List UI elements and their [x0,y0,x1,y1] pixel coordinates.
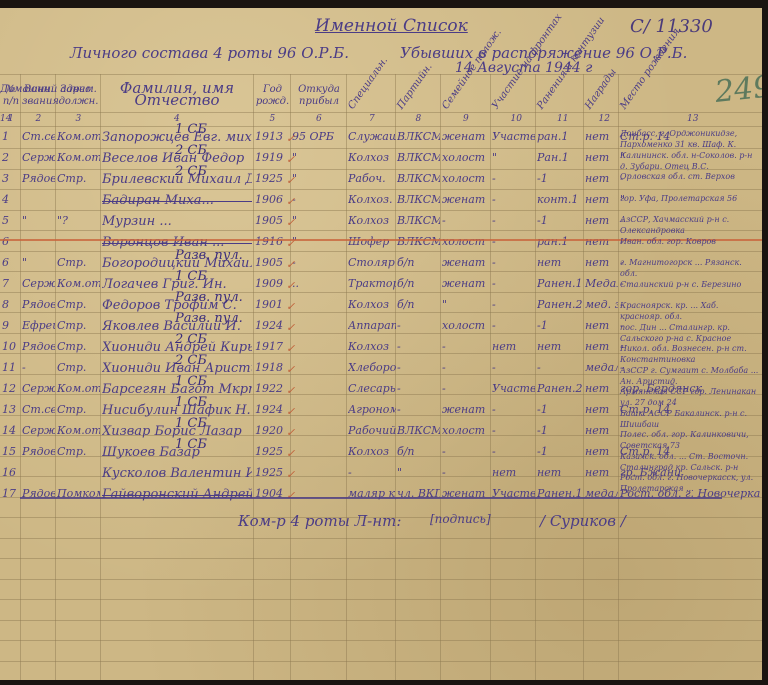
cell-post: Ком.отд. [57,130,100,143]
check-mark-icon: ✓ [286,447,295,460]
cell-awards: нет [585,403,618,416]
column-number: 10 [511,114,522,124]
unit-subtitle: Личного состава 4 роты 96 О.Р.Б. [70,44,349,62]
cell-year: 1925 [255,172,290,185]
cell-post: "? [57,214,100,227]
unit-annotation: 2 СБ [175,164,207,179]
sheet-number: 249 [713,69,762,110]
cell-rank: Серж. [22,382,55,395]
cell-party: б/п [397,277,440,290]
cell-post: Стр. [57,298,100,311]
check-mark-icon: ✓ [286,195,295,208]
cell-from: - [292,193,346,206]
cell-front: - [492,319,535,332]
check-mark-icon: ✓ [286,405,295,418]
cell-party: " [397,466,440,479]
cell-awards: нет [585,382,618,395]
cell-spec: Слесарь [348,382,396,395]
cell-family: женат [442,193,490,206]
cell-family: женат [442,403,490,416]
cell-n: 8 [2,298,20,311]
cell-spec: Колхоз [348,340,396,353]
cell-awards: нет [585,340,618,353]
cell-family: " [442,298,490,311]
cell-spec: Столяр [348,256,396,269]
cell-spec: Колхоз [348,151,396,164]
cell-wounds: Ранен.1 конт.2 [537,277,583,290]
cell-spec: Колхоз [348,214,396,227]
cell-front: - [492,445,535,458]
column-header: Фамилия, имя Отчество [102,82,252,106]
cell-awards: нет [585,445,618,458]
cell-awards: нет [585,466,618,479]
column-number: 14 [0,114,11,124]
cell-front: - [492,235,535,248]
check-mark-icon: ✓ [286,300,295,313]
cell-name: Кусколов Валентин И. [102,466,252,481]
cell-family: холост [442,424,490,437]
column-number: 6 [316,114,322,124]
column-number: 7 [369,114,375,124]
unit-annotation: 1 СБ [175,437,207,452]
cell-awards: нет [585,214,618,227]
home-address: г. Магнитогорск ... Рязанск. обл. [620,257,760,279]
cell-from: " [292,235,346,248]
column-header: Партийн. [395,62,435,112]
cell-front: нет [492,466,535,479]
cell-rank: Ст.серж. [22,403,55,416]
cell-rank: Серж. [22,277,55,290]
home-address: АзССР г. Сумгаит с. Молбаба ... Ан. Арис… [620,365,760,387]
cell-n: 11 [2,361,20,374]
cell-rank: " [22,256,55,269]
cell-wounds: -1 [537,403,583,416]
cell-post: Стр. [57,403,100,416]
signer-name: / Суриков / [540,512,626,530]
column-header: Специальн. [346,55,391,112]
cell-party: ВЛКСМ [397,235,440,248]
cell-family: женат [442,130,490,143]
cell-awards: нет [585,151,618,164]
cell-rank: Серж. [22,151,55,164]
cell-year: 1917 [255,340,290,353]
cell-family: холост [442,151,490,164]
column-number: 11 [557,114,568,124]
cell-front: - [492,256,535,269]
cell-front: - [492,193,535,206]
home-address: гор. Уфа, Пролетарская 56 [620,193,760,204]
cell-from: .. [292,277,346,290]
column-header: Место рождения [618,26,683,112]
unit-annotation: 2 СБ [175,332,207,347]
cell-family: - [442,340,490,353]
unit-annotation: 2 СБ [175,353,207,368]
cell-wounds: -1 [537,214,583,227]
home-address: Калининск. обл. н-Соколов. р-н д. Зубари… [620,150,760,172]
cell-party: - [397,319,440,332]
cell-n: 16 [2,466,20,479]
cell-from: 95 ОРБ [292,130,346,143]
cell-year: 1919 [255,151,290,164]
cell-n: 15 [2,445,20,458]
cell-post: Ком.отд. [57,382,100,395]
cell-spec: Шофер [348,235,396,248]
cell-n: 6 [2,256,20,269]
cell-awards: нет [585,424,618,437]
cell-rank: Рядов. [22,298,55,311]
cell-year: 1922 [255,382,290,395]
cell-rank: Ст.серж. [22,130,55,143]
cell-spec: Тракторист [348,277,396,290]
home-address: Рост. обл. г. Новочеркасск, ул. Пролетар… [620,472,760,494]
cell-year: 1906 [255,193,290,206]
cell-spec: - [348,466,396,479]
cell-party: ВЛКСМ [397,193,440,206]
cell-party: ВЛКСМ [397,151,440,164]
cell-awards: медаль за боевые заслуги [585,361,618,374]
cell-front: Участв. [492,130,535,143]
cell-n: 7 [2,277,20,290]
cell-party: ВЛКСМ [397,130,440,143]
cell-family: - [442,361,490,374]
cell-front: - [492,424,535,437]
column-number: 2 [36,114,42,124]
check-mark-icon: ✓ [286,321,295,334]
column-number: 3 [76,114,82,124]
cell-rank: Ефрейт. [22,319,55,332]
check-mark-icon: ✓ [286,342,295,355]
cell-post: Ком.отд. [57,151,100,164]
cell-family: холост [442,235,490,248]
cell-n: 6 [2,235,20,248]
cell-party: - [397,340,440,353]
cell-n: 2 [2,151,20,164]
cell-awards: Медаль за отвагу, орд. Красн. Звезды [585,277,618,290]
cell-front: - [492,361,535,374]
column-header: Год рожд. [255,84,290,108]
cell-wounds: нет [537,340,583,353]
cell-rank: Рядов. [22,445,55,458]
cell-post: Стр. [57,256,100,269]
home-address: Никол. обл. Вознесен. р-н ст. Константин… [620,343,760,365]
cell-year: 1901 [255,298,290,311]
cell-wounds: - [537,361,583,374]
unit-annotation: 2 СБ [175,143,207,158]
cell-spec: Агроном [348,403,396,416]
cell-n: 10 [2,340,20,353]
unit-annotation: 1 СБ [175,122,207,137]
cell-family: холост [442,172,490,185]
home-address: Красноярск. кр. ... Хаб. краснояр. обл. [620,300,760,322]
cell-year: 1925 [255,466,290,479]
cell-front: нет [492,340,535,353]
cell-n: 3 [2,172,20,185]
cell-family: - [442,445,490,458]
home-address: Сталинский р-н с. Березино [620,279,760,290]
cell-awards: нет [585,256,618,269]
cell-spec: Колхоз [348,298,396,311]
check-mark-icon: ✓ [286,279,295,292]
column-number: 9 [463,114,469,124]
cell-from: " [292,151,346,164]
cell-year: 1913 [255,130,290,143]
check-mark-icon: ✓ [286,216,295,229]
column-header: Откуда прибыл [292,84,346,108]
home-address: АзССР, Хачмасский р-н с. Олександровка [620,214,760,236]
unit-annotation: 1 СБ [175,395,207,410]
check-mark-icon: ✓ [286,258,295,271]
check-mark-icon: ✓ [286,363,295,376]
cell-family: женат [442,277,490,290]
cell-front: " [492,151,535,164]
cell-party: ВЛКСМ [397,172,440,185]
column-number: 5 [270,114,276,124]
cell-n: 1 [2,130,20,143]
archival-document-page: Именной Список Личного состава 4 роты 96… [0,8,762,680]
cell-party: - [397,403,440,416]
cell-spec: Хлебороб [348,361,396,374]
cell-year: 1925 [255,445,290,458]
column-number: 13 [687,114,698,124]
cell-party: б/п [397,445,440,458]
unit-annotation: Разв. пул. [175,290,243,305]
cell-year: 1916 [255,235,290,248]
check-mark-icon: ✓ [286,153,295,166]
cell-party: б/п [397,256,440,269]
cell-front: Участв. [492,382,535,395]
cell-spec: Служащ. [348,130,396,143]
cell-post: Стр. [57,319,100,332]
cell-from: - [292,256,346,269]
cell-awards: нет [585,172,618,185]
cell-spec: Колхоз. [348,193,396,206]
cell-n: 12 [2,382,20,395]
check-mark-icon: ✓ [286,468,295,481]
column-number: 8 [416,114,422,124]
home-address: Башк. АССР Бакалинск. р-н с. Шишбаш [620,408,760,430]
cell-year: 1920 [255,424,290,437]
cell-from: " [292,172,346,185]
cell-year: 1924 [255,403,290,416]
cell-post: Ком.отд. [57,277,100,290]
cell-party: - [397,382,440,395]
unit-annotation: Разв. пул. [175,248,243,263]
unit-annotation: Разв. пул. [175,311,243,326]
cell-party: ВЛКСМ [397,214,440,227]
cell-wounds: -1 [537,424,583,437]
cell-spec: Рабочий [348,424,396,437]
cell-year: 1909 [255,277,290,290]
cell-year: 1918 [255,361,290,374]
cell-front: - [492,298,535,311]
cell-rank: - [22,361,55,374]
check-mark-icon: ✓ [286,489,295,502]
cell-family: - [442,214,490,227]
document-title: Именной Список [315,16,468,36]
home-address: пос. Дин ... Сталингр. кр. Сальского р-н… [620,322,760,344]
cell-wounds: -1 [537,319,583,332]
unit-annotation: 1 СБ [175,269,207,284]
cell-year: 1905 [255,214,290,227]
cell-name: Мурзин ... [102,214,252,229]
cell-name: Гайворонский Андрей П. [102,487,252,502]
check-mark-icon: ✓ [286,132,295,145]
home-address: Казахск. обл. ... Ст. Восточн. Сталингра… [620,451,760,473]
cell-awards: нет [585,130,618,143]
home-address: Донбасс, г. Орджоникидзе, Пархоменко 31 … [620,128,760,150]
cell-post: Стр. [57,172,100,185]
cell-awards: мед. за отвагу [585,298,618,311]
cell-front: - [492,172,535,185]
cell-family: - [442,466,490,479]
cell-wounds: ран.1 [537,130,583,143]
check-mark-icon: ✓ [286,384,295,397]
cell-year: 1924 [255,319,290,332]
cell-rank: Серж. [22,424,55,437]
cell-name: Бадиран Миха... [102,193,252,208]
cell-year: 1905 [255,256,290,269]
cell-family: женат [442,256,490,269]
signature-label: Ком-р 4 роты Л-нт: [238,512,401,530]
cell-rank: Рядов. [22,172,55,185]
cell-wounds: Ранен.2 [537,382,583,395]
home-address: Армянская ССР гор. Ленинакан ул. 27 дом … [620,386,760,408]
cell-spec: Рабоч. [348,172,396,185]
cell-wounds: -1 [537,445,583,458]
purple-strike-line [20,497,722,499]
cell-awards: нет [585,319,618,332]
cell-rank: " [22,214,55,227]
home-address: Орловская обл. ст. Верхов [620,171,760,182]
column-header: Домашний адрес [0,84,91,96]
cell-n: 4 [2,193,20,206]
cell-wounds: конт.1 [537,193,583,206]
cell-awards: нет [585,193,618,206]
cell-n: 5 [2,214,20,227]
cell-wounds: ран.1 [537,235,583,248]
check-mark-icon: ✓ [286,174,295,187]
cell-wounds: нет [537,466,583,479]
cell-front: - [492,403,535,416]
cell-family: холост [442,319,490,332]
home-address: Полес. обл. гор. Калинковичи, Советская … [620,429,760,451]
cell-n: 9 [2,319,20,332]
unit-annotation: 1 СБ [175,416,207,431]
cell-rank: Рядов. [22,340,55,353]
signature: [подпись] [430,512,491,526]
cell-party: б/п [397,298,440,311]
cell-wounds: нет [537,256,583,269]
cell-post: Ком.отд. [57,424,100,437]
cell-n: 14 [2,424,20,437]
cell-post: Стр. [57,340,100,353]
cell-front: - [492,277,535,290]
home-address: Иван. обл. гор. Ковров [620,236,760,247]
cell-spec: Аппаратч. [348,319,396,332]
cell-front: - [492,214,535,227]
cell-party: ВЛКСМ [397,424,440,437]
cell-post: Стр. [57,445,100,458]
column-number: 12 [599,114,610,124]
cell-n: 17 [2,487,20,500]
cell-wounds: Ранен.2 [537,298,583,311]
cell-spec: Колхоз [348,445,396,458]
cell-wounds: Ран.1 [537,151,583,164]
cell-n: 13 [2,403,20,416]
cell-wounds: -1 [537,172,583,185]
cell-post: Стр. [57,361,100,374]
check-mark-icon: ✓ [286,426,295,439]
cell-party: - [397,361,440,374]
cell-family: - [442,382,490,395]
cell-awards: нет [585,235,618,248]
cell-from: " [292,214,346,227]
unit-annotation: 1 СБ [175,374,207,389]
